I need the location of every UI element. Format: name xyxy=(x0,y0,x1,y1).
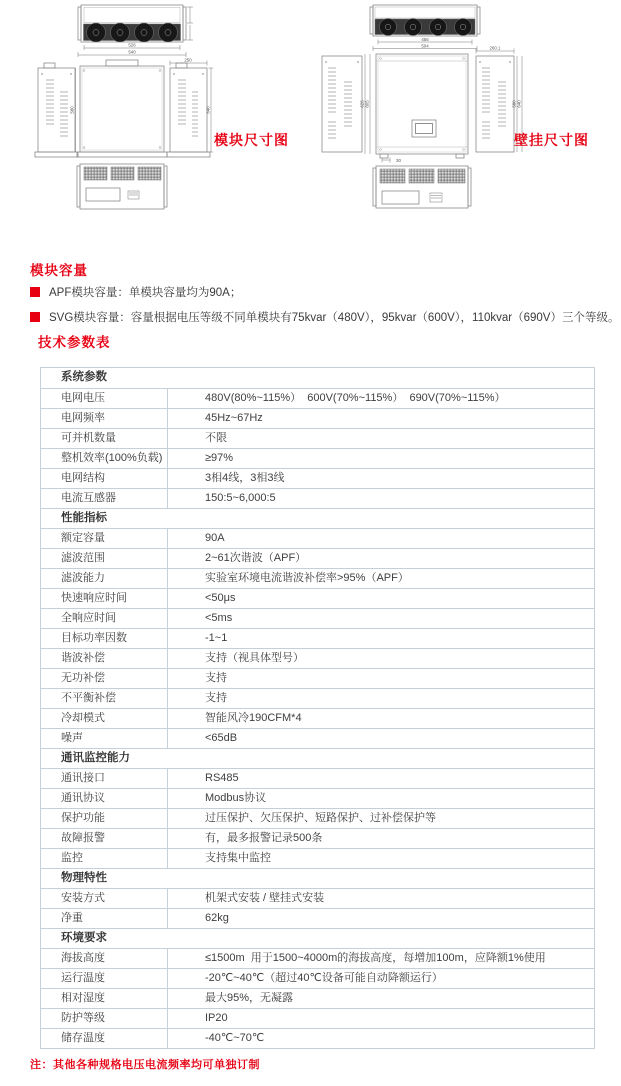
param-value: 最大95%，无凝露 xyxy=(168,989,594,1008)
param-label: 整机效率(100%负载) xyxy=(41,449,168,468)
table-row: 冷却模式智能风冷190CFM*4 xyxy=(41,708,594,728)
param-value: 实验室环境电流谐波补偿率>95%（APF） xyxy=(168,569,594,588)
param-label: 监控 xyxy=(41,849,168,868)
table-row: 不平衡补偿支持 xyxy=(41,688,594,708)
table-row: 电流互感器150:5~6,000:5 xyxy=(41,488,594,508)
module-diagram-label: 模块尺寸图 xyxy=(214,130,289,150)
table-row: 滤波能力实验室环境电流谐波补偿率>95%（APF） xyxy=(41,568,594,588)
table-row: 噪声<65dB xyxy=(41,728,594,748)
wallmount-dimension-diagram: 456 504 xyxy=(320,2,525,212)
table-row: 额定容量90A xyxy=(41,528,594,548)
table-row: 快速响应时间<50μs xyxy=(41,588,594,608)
param-label: 海拔高度 xyxy=(41,949,168,968)
param-label: 防护等级 xyxy=(41,1009,168,1028)
dim-label: 640 xyxy=(206,106,211,114)
footer-note: 注：其他各种规格电压电流频率均可单独订制 xyxy=(30,1056,260,1072)
section-label: 通讯监控能力 xyxy=(41,749,594,768)
table-row: 净重62kg xyxy=(41,908,594,928)
param-label: 储存温度 xyxy=(41,1029,168,1048)
table-row: 目标功率因数-1~1 xyxy=(41,628,594,648)
table-section-row: 环境要求 xyxy=(41,928,594,948)
param-label: 滤波范围 xyxy=(41,549,168,568)
capacity-item-svg: SVG模块容量：容量根据电压等级不同单模块有75kvar（480V），95kva… xyxy=(30,309,619,325)
section-label: 环境要求 xyxy=(41,929,594,948)
dim-label: 625 xyxy=(360,100,365,108)
table-row: 可并机数量不限 xyxy=(41,428,594,448)
param-label: 相对湿度 xyxy=(41,989,168,1008)
table-row: 故障报警有，最多报警记录500条 xyxy=(41,828,594,848)
table-section-row: 系统参数 xyxy=(41,368,594,388)
module-capacity-heading: 模块容量 xyxy=(30,259,88,279)
param-label: 冷却模式 xyxy=(41,709,168,728)
param-label: 故障报警 xyxy=(41,829,168,848)
param-value: 有，最多报警记录500条 xyxy=(168,829,594,848)
capacity-item-text: SVG模块容量：容量根据电压等级不同单模块有75kvar（480V），95kva… xyxy=(49,309,619,325)
table-row: 电网频率45Hz~67Hz xyxy=(41,408,594,428)
param-label: 额定容量 xyxy=(41,529,168,548)
table-row: 电网结构3相4线，3相3线 xyxy=(41,468,594,488)
table-row: 运行温度-20℃~40℃（超过40℃设备可能自动降额运行） xyxy=(41,968,594,988)
param-value: 90A xyxy=(168,529,594,548)
param-value: 支持集中监控 xyxy=(168,849,594,868)
param-value: Modbus协议 xyxy=(168,789,594,808)
table-row: 通讯接口RS485 xyxy=(41,768,594,788)
capacity-item-text: APF模块容量：单模块容量均为90A； xyxy=(49,284,241,300)
param-label: 电网频率 xyxy=(41,409,168,428)
dim-label: 605 xyxy=(365,100,370,108)
dim-label: 640 xyxy=(517,100,522,108)
param-value: IP20 xyxy=(168,1009,594,1028)
table-row: 谐波补偿支持（视具体型号） xyxy=(41,648,594,668)
param-label: 运行温度 xyxy=(41,969,168,988)
param-label: 全响应时间 xyxy=(41,609,168,628)
param-label: 滤波能力 xyxy=(41,569,168,588)
table-row: 安装方式机架式安装 / 壁挂式安装 xyxy=(41,888,594,908)
param-label: 安装方式 xyxy=(41,889,168,908)
param-label: 无功补偿 xyxy=(41,669,168,688)
param-value: 不限 xyxy=(168,429,594,448)
param-label: 电网结构 xyxy=(41,469,168,488)
param-label: 净重 xyxy=(41,909,168,928)
table-row: 整机效率(100%负载)≥97% xyxy=(41,448,594,468)
param-value: <50μs xyxy=(168,589,594,608)
spec-table: 系统参数电网电压480V(80%~115%） 600V(70%~115%） 69… xyxy=(40,367,595,1049)
dim-label: 456 xyxy=(421,37,429,42)
param-value: -20℃~40℃（超过40℃设备可能自动降额运行） xyxy=(168,969,594,988)
module-dimension-diagram: 526 540 xyxy=(18,2,213,214)
param-value: 150:5~6,000:5 xyxy=(168,489,594,508)
param-label: 电网电压 xyxy=(41,389,168,408)
param-value: ≤1500m 用于1500~4000m的海拔高度，每增加100m，应降额1%使用 xyxy=(168,949,594,968)
param-label: 可并机数量 xyxy=(41,429,168,448)
red-square-bullet-icon xyxy=(30,287,40,297)
dim-label: 504 xyxy=(421,43,429,48)
dim-label: 540 xyxy=(128,50,136,55)
table-row: 防护等级IP20 xyxy=(41,1008,594,1028)
param-value: ≥97% xyxy=(168,449,594,468)
section-label: 系统参数 xyxy=(41,368,594,388)
section-label: 性能指标 xyxy=(41,509,594,528)
param-value: <5ms xyxy=(168,609,594,628)
param-value: 支持 xyxy=(168,689,594,708)
wallmount-diagram-label: 壁挂尺寸图 xyxy=(514,130,589,150)
table-row: 通讯协议Modbus协议 xyxy=(41,788,594,808)
param-value: 3相4线，3相3线 xyxy=(168,469,594,488)
param-label: 电流互感器 xyxy=(41,489,168,508)
dim-label: 260.1 xyxy=(490,46,502,51)
param-label: 通讯接口 xyxy=(41,769,168,788)
param-value: 2~61次谐波（APF） xyxy=(168,549,594,568)
table-row: 无功补偿支持 xyxy=(41,668,594,688)
param-value: 480V(80%~115%） 600V(70%~115%） 690V(70%~1… xyxy=(168,389,594,408)
dim-label: 30 xyxy=(396,158,401,163)
param-label: 保护功能 xyxy=(41,809,168,828)
param-value: 智能风冷190CFM*4 xyxy=(168,709,594,728)
table-section-row: 性能指标 xyxy=(41,508,594,528)
param-value: 支持（视具体型号） xyxy=(168,649,594,668)
table-row: 电网电压480V(80%~115%） 600V(70%~115%） 690V(7… xyxy=(41,388,594,408)
table-row: 海拔高度≤1500m 用于1500~4000m的海拔高度，每增加100m，应降额… xyxy=(41,948,594,968)
table-row: 保护功能过压保护、欠压保护、短路保护、过补偿保护等 xyxy=(41,808,594,828)
table-section-row: 通讯监控能力 xyxy=(41,748,594,768)
table-section-row: 物理特性 xyxy=(41,868,594,888)
param-value: -1~1 xyxy=(168,629,594,648)
param-value: 45Hz~67Hz xyxy=(168,409,594,428)
param-label: 谐波补偿 xyxy=(41,649,168,668)
dim-label: 580 xyxy=(70,106,75,114)
param-value: 62kg xyxy=(168,909,594,928)
param-value: 机架式安装 / 壁挂式安装 xyxy=(168,889,594,908)
section-label: 物理特性 xyxy=(41,869,594,888)
capacity-item-apf: APF模块容量：单模块容量均为90A； xyxy=(30,284,241,300)
param-value: RS485 xyxy=(168,769,594,788)
param-label: 噪声 xyxy=(41,729,168,748)
tech-params-heading: 技术参数表 xyxy=(38,331,111,351)
param-label: 不平衡补偿 xyxy=(41,689,168,708)
table-row: 滤波范围2~61次谐波（APF） xyxy=(41,548,594,568)
param-value: 支持 xyxy=(168,669,594,688)
param-label: 目标功率因数 xyxy=(41,629,168,648)
red-square-bullet-icon xyxy=(30,312,40,322)
param-label: 快速响应时间 xyxy=(41,589,168,608)
table-row: 相对湿度最大95%，无凝露 xyxy=(41,988,594,1008)
page: 526 540 xyxy=(0,0,621,1086)
table-row: 储存温度-40℃~70℃ xyxy=(41,1028,594,1048)
table-row: 全响应时间<5ms xyxy=(41,608,594,628)
dim-label: 250 xyxy=(184,58,192,63)
param-label: 通讯协议 xyxy=(41,789,168,808)
dim-label: 526 xyxy=(128,43,136,48)
table-row: 监控支持集中监控 xyxy=(41,848,594,868)
param-value: -40℃~70℃ xyxy=(168,1029,594,1048)
param-value: <65dB xyxy=(168,729,594,748)
param-value: 过压保护、欠压保护、短路保护、过补偿保护等 xyxy=(168,809,594,828)
